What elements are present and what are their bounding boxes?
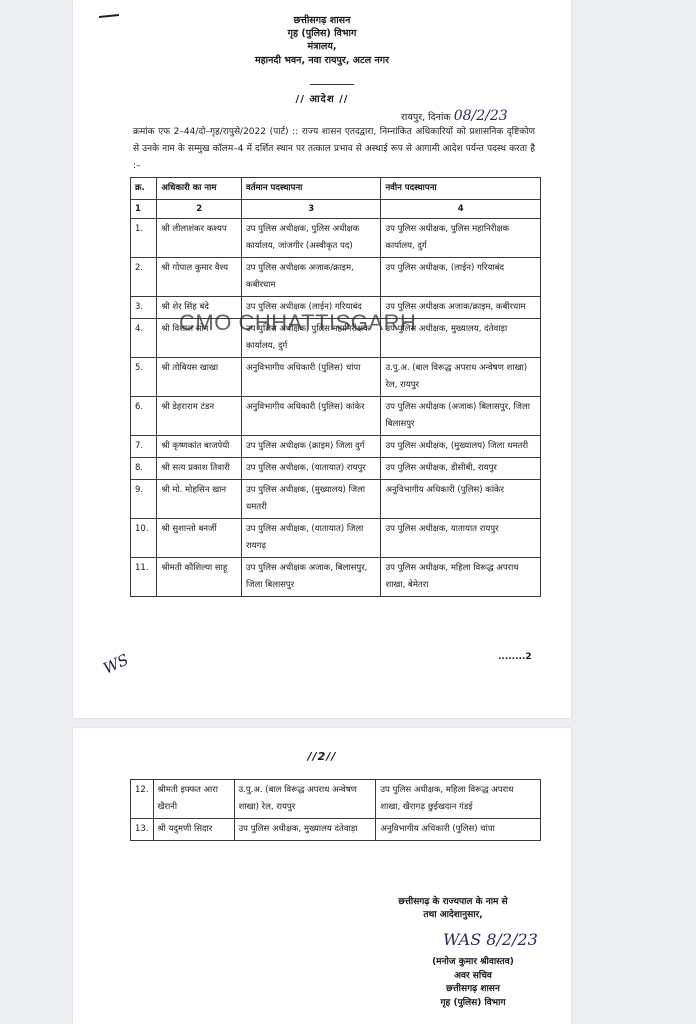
officer-name: श्री तोबियस खाखा bbox=[157, 358, 242, 397]
table-row: 9.श्री मो. मोहसिन खानउप पुलिस अधीक्षक, (… bbox=[131, 480, 541, 519]
table-row: 4.श्री विशाल सोनउप पुलिस अधीक्षक, पुलिस … bbox=[131, 319, 541, 358]
current-posting: उप पुलिस अधीक्षक अजाक/क्राइम, कबीरधाम bbox=[241, 258, 380, 297]
serial-number: 7. bbox=[131, 436, 157, 458]
initials-signature: WS bbox=[100, 650, 131, 677]
officer-name: श्रीमती इफ्फत आरा खैरानी bbox=[153, 780, 234, 819]
current-posting: अनुविभागीय अधिकारी (पुलिस) कांकेर bbox=[241, 397, 380, 436]
current-posting: उप पुलिस अधीक्षक, पुलिस अधीक्षक कार्यालय… bbox=[241, 219, 380, 258]
officer-name: श्री मो. मोहसिन खान bbox=[157, 480, 242, 519]
officer-name: श्री गोपाल कुमार वैश्य bbox=[157, 258, 242, 297]
officer-name: श्री कृष्णकांत बाजपेयी bbox=[157, 436, 242, 458]
table-row: 2.श्री गोपाल कुमार वैश्यउप पुलिस अधीक्षक… bbox=[131, 258, 541, 297]
table-header-row: क्र. अधिकारी का नाम वर्तमान पदस्थापना नव… bbox=[131, 178, 541, 200]
signatory-block: (मनोज कुमार श्रीवास्तव) अवर सचिव छत्तीसग… bbox=[383, 956, 563, 1010]
col-number: 2 bbox=[157, 200, 242, 219]
signature-authority: छत्तीसगढ़ के राज्यपाल के नाम से तथा आदेश… bbox=[363, 896, 543, 922]
serial-number: 3. bbox=[131, 297, 157, 319]
table-row: 11.श्रीमती कौशिल्या साहूउप पुलिस अधीक्षक… bbox=[131, 558, 541, 597]
current-posting: अनुविभागीय अधिकारी (पुलिस) चांपा bbox=[241, 358, 380, 397]
signatory-department: गृह (पुलिस) विभाग bbox=[383, 997, 563, 1011]
new-posting: अनुविभागीय अधिकारी (पुलिस) कांकेर bbox=[381, 480, 541, 519]
header-department: गृह (पुलिस) विभाग bbox=[73, 27, 571, 40]
new-posting: उप पुलिस अधीक्षक अजाक/क्राइम, कबीरधाम bbox=[381, 297, 541, 319]
dateline: रायपुर, दिनांक08/2/23 bbox=[401, 108, 508, 124]
current-posting: उप पुलिस अधीक्षक (लाईन) गरियाबंद bbox=[241, 297, 380, 319]
new-posting: उप पुलिस अधीक्षक (अजाक) बिलासपुर, जिला ब… bbox=[381, 397, 541, 436]
col-header-current-posting: वर्तमान पदस्थापना bbox=[241, 178, 380, 200]
continuation-marker: ........2 bbox=[498, 652, 532, 662]
order-title: // आदेश // bbox=[73, 91, 571, 105]
signatory-org: छत्तीसगढ़ शासन bbox=[383, 983, 563, 997]
serial-number: 11. bbox=[131, 558, 157, 597]
table-row: 13.श्री यदुमणी सिदारउप पुलिस अधीक्षक, मु… bbox=[131, 819, 541, 841]
serial-number: 4. bbox=[131, 319, 157, 358]
officer-name: श्रीमती कौशिल्या साहू bbox=[157, 558, 242, 597]
col-number: 1 bbox=[131, 200, 157, 219]
officer-name: श्री सुशान्तो बनर्जी bbox=[157, 519, 242, 558]
serial-number: 10. bbox=[131, 519, 157, 558]
current-posting: उ.पु.अ. (बाल विरूद्ध अपराध अन्वेषण शाखा)… bbox=[234, 780, 376, 819]
header-government: छत्तीसगढ़ शासन bbox=[73, 14, 571, 27]
table-row: 8.श्री सत्य प्रकाश तिवारीउप पुलिस अधीक्ष… bbox=[131, 458, 541, 480]
current-posting: उप पुलिस अधीक्षक अजाक, बिलासपुर, जिला बि… bbox=[241, 558, 380, 597]
serial-number: 5. bbox=[131, 358, 157, 397]
col-number: 3 bbox=[241, 200, 380, 219]
authority-line-1: छत्तीसगढ़ के राज्यपाल के नाम से bbox=[363, 896, 543, 909]
current-posting: उप पुलिस अधीक्षक, (मुख्यालय) जिला धमतरी bbox=[241, 480, 380, 519]
table-row: 10.श्री सुशान्तो बनर्जीउप पुलिस अधीक्षक,… bbox=[131, 519, 541, 558]
document-page-1: छत्तीसगढ़ शासन गृह (पुलिस) विभाग मंत्राल… bbox=[73, 0, 571, 718]
serial-number: 2. bbox=[131, 258, 157, 297]
new-posting: उप पुलिस अधीक्षक, (लाईन) गरियाबंद bbox=[381, 258, 541, 297]
signatory-name: (मनोज कुमार श्रीवास्तव) bbox=[383, 956, 563, 970]
new-posting: उप पुलिस अधीक्षक, यातायात रायपुर bbox=[381, 519, 541, 558]
serial-number: 8. bbox=[131, 458, 157, 480]
current-posting: उप पुलिस अधीक्षक, मुख्यालय दंतेवाड़ा bbox=[234, 819, 376, 841]
officer-name: श्री लीलाशंकर कश्यप bbox=[157, 219, 242, 258]
new-posting: उप पुलिस अधीक्षक, महिला विरूद्ध अपराध शा… bbox=[381, 558, 541, 597]
column-number-row: 1 2 3 4 bbox=[131, 200, 541, 219]
transfer-table-page-1: क्र. अधिकारी का नाम वर्तमान पदस्थापना नव… bbox=[130, 177, 541, 597]
officer-name: श्री डेहराराम टंडन bbox=[157, 397, 242, 436]
current-posting: उप पुलिस अधीक्षक, (यातायात) रायपुर bbox=[241, 458, 380, 480]
header-divider bbox=[310, 84, 354, 85]
signatory-designation: अवर सचिव bbox=[383, 970, 563, 984]
col-number: 4 bbox=[381, 200, 541, 219]
header-ministry: मंत्रालय, bbox=[73, 40, 571, 53]
serial-number: 1. bbox=[131, 219, 157, 258]
table-row: 6.श्री डेहराराम टंडनअनुविभागीय अधिकारी (… bbox=[131, 397, 541, 436]
document-page-2: //2// 12.श्रीमती इफ्फत आरा खैरानीउ.पु.अ.… bbox=[73, 728, 571, 1024]
handwritten-date: 08/2/23 bbox=[454, 108, 508, 124]
table-row: 3.श्री शेर सिंह बंदेउप पुलिस अधीक्षक (ला… bbox=[131, 297, 541, 319]
transfer-table-page-2: 12.श्रीमती इफ्फत आरा खैरानीउ.पु.अ. (बाल … bbox=[130, 779, 541, 841]
officer-name: श्री यदुमणी सिदार bbox=[153, 819, 234, 841]
order-intro-text: क्रमांक एफ 2–44/दो–गृह/रापुसे/2022 (पार्… bbox=[133, 124, 535, 175]
table-row: 7.श्री कृष्णकांत बाजपेयीउप पुलिस अधीक्षक… bbox=[131, 436, 541, 458]
serial-number: 13. bbox=[131, 819, 154, 841]
page-number: //2// bbox=[73, 750, 571, 763]
new-posting: अनुविभागीय अधिकारी (पुलिस) चांपा bbox=[376, 819, 541, 841]
serial-number: 6. bbox=[131, 397, 157, 436]
authority-line-2: तथा आदेशानुसार, bbox=[363, 909, 543, 922]
officer-name: श्री विशाल सोन bbox=[157, 319, 242, 358]
table-row: 1.श्री लीलाशंकर कश्यपउप पुलिस अधीक्षक, प… bbox=[131, 219, 541, 258]
date-label: रायपुर, दिनांक bbox=[401, 112, 451, 123]
current-posting: उप पुलिस अधीक्षक, (यातायात) जिला रायगढ़ bbox=[241, 519, 380, 558]
serial-number: 9. bbox=[131, 480, 157, 519]
header-address: महानदी भवन, नवा रायपुर, अटल नगर bbox=[73, 54, 571, 67]
col-header-officer-name: अधिकारी का नाम bbox=[157, 178, 242, 200]
table-row: 12.श्रीमती इफ्फत आरा खैरानीउ.पु.अ. (बाल … bbox=[131, 780, 541, 819]
new-posting: उप पुलिस अधीक्षक, डीसीबी, रायपुर bbox=[381, 458, 541, 480]
new-posting: उप पुलिस अधीक्षक, पुलिस महानिरीक्षक कार्… bbox=[381, 219, 541, 258]
col-header-serial: क्र. bbox=[131, 178, 157, 200]
table-row: 5.श्री तोबियस खाखाअनुविभागीय अधिकारी (पु… bbox=[131, 358, 541, 397]
current-posting: उप पुलिस अधीक्षक, पुलिस महानिरीक्षक कार्… bbox=[241, 319, 380, 358]
officer-name: श्री सत्य प्रकाश तिवारी bbox=[157, 458, 242, 480]
new-posting: उप पुलिस अधीक्षक, (मुख्यालय) जिला धमतरी bbox=[381, 436, 541, 458]
new-posting: उप पुलिस अधीक्षक, महिला विरूद्ध अपराध शा… bbox=[376, 780, 541, 819]
new-posting: उप पुलिस अधीक्षक, मुख्यालय, दंतेवाड़ा bbox=[381, 319, 541, 358]
current-posting: उप पुलिस अधीक्षक (क्राइम) जिला दुर्ग bbox=[241, 436, 380, 458]
handwritten-signature: WAS 8/2/23 bbox=[443, 930, 538, 949]
officer-name: श्री शेर सिंह बंदे bbox=[157, 297, 242, 319]
new-posting: उ.पु.अ. (बाल विरूद्ध अपराध अन्वेषण शाखा)… bbox=[381, 358, 541, 397]
serial-number: 12. bbox=[131, 780, 154, 819]
col-header-new-posting: नवीन पदस्थापना bbox=[381, 178, 541, 200]
